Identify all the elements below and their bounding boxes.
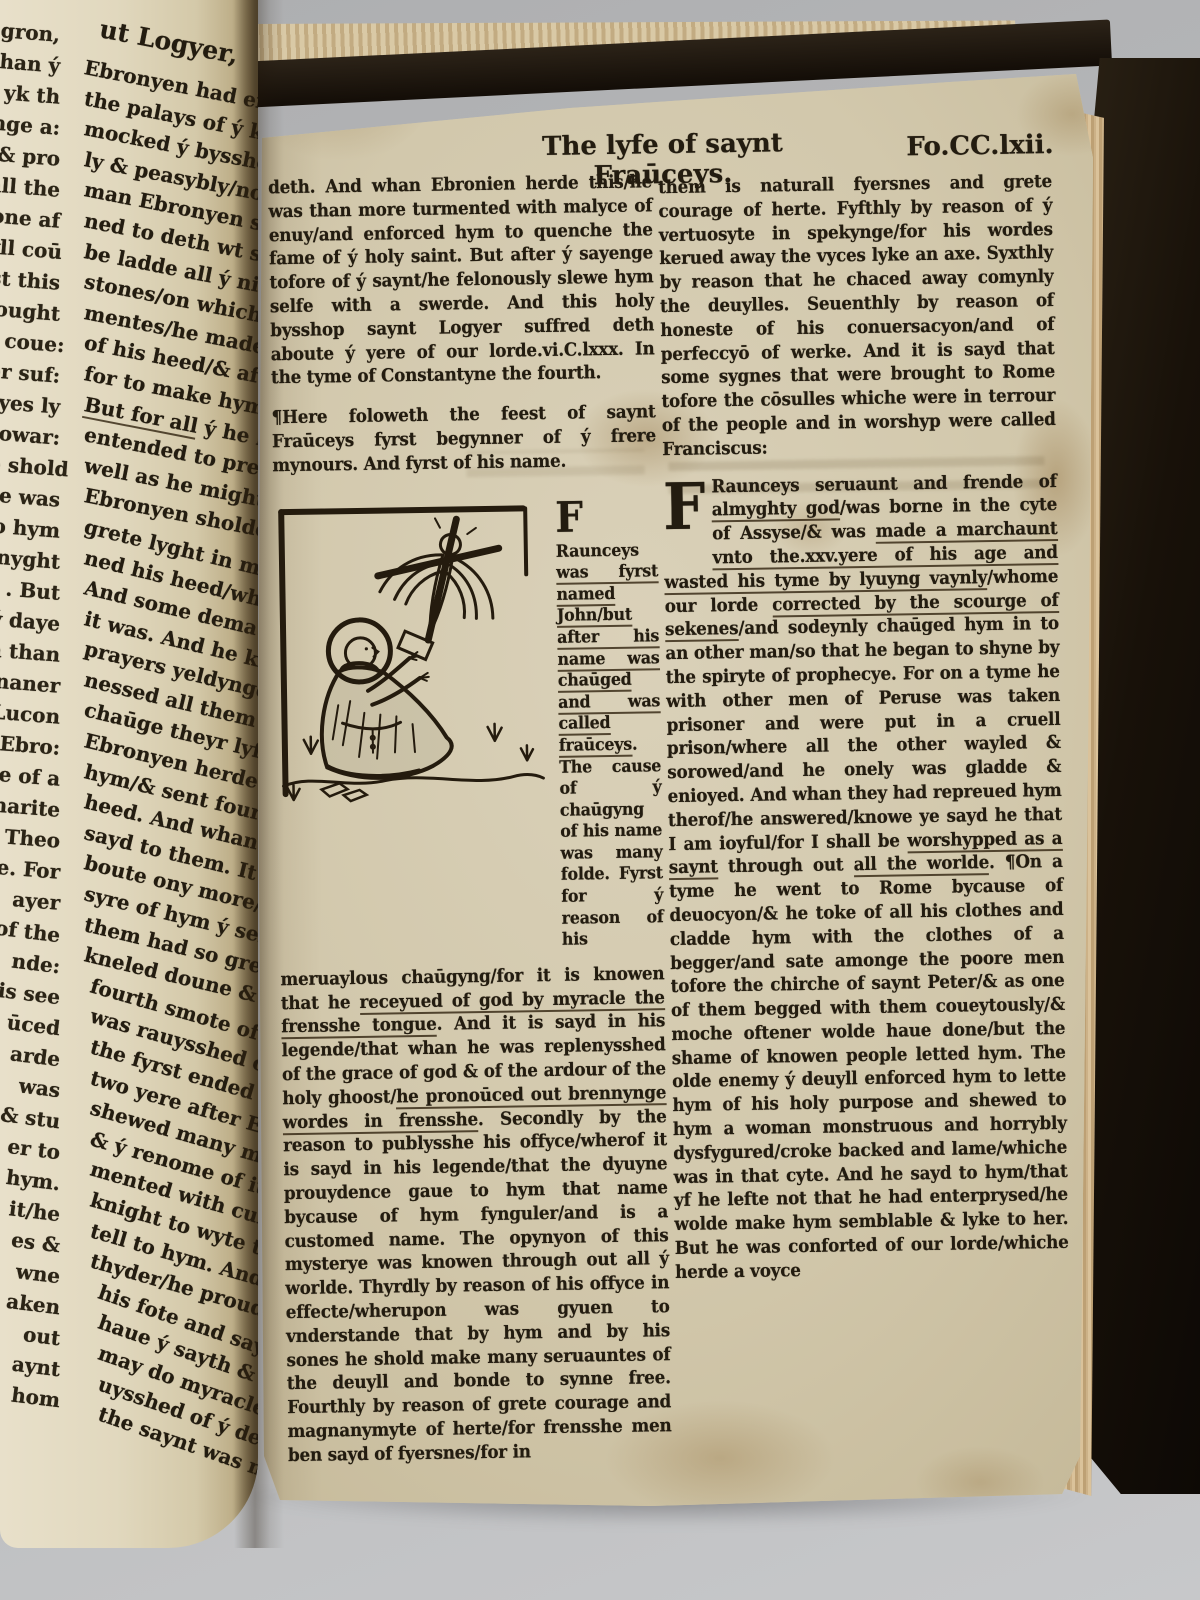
verso-edge-line: yk th [0,79,61,116]
figure-row: FRaunceys was fyrst named John/but after… [273,496,664,956]
narrow-column-beside-woodcut: FRaunceys was fyrst named John/but after… [555,496,664,952]
left-text-column: deth. And whan Ebronien herde this/he wa… [268,170,672,1481]
verso-edge-line: all the [0,172,61,209]
verso-edge-line: ought [0,296,61,333]
photo-background: gron,han ýyk thnge a:& proall theone afy… [0,0,1200,1600]
verso-line-list: Ebronyen had eryedthe palays of ý kyngmo… [84,55,258,1432]
paragraph-life-of-francis: FRaunceys seruaunt and frende of almyght… [663,470,1070,1285]
folio-number: Fo.CC.lxii. [855,130,1053,163]
drop-cap-f: F [663,479,706,550]
paragraph-name-beside-woodcut: FRaunceys was fyrst named John/but after… [555,496,664,952]
verso-edge-line: . But [0,575,61,612]
life-text: Raunceys seruaunt and frende of almyghty… [664,471,1069,1283]
paragraph-logyer-end: deth. And whan Ebronien herde this/he wa… [268,170,655,390]
verso-edge-line: nge a: [0,110,61,147]
verso-edge-line: Ebro: [0,730,61,767]
left-page-curled: gron,han ýyk thnge a:& proall theone afy… [0,0,258,1548]
page-content: The lyfe of saynt Fraūceys. Fo.CC.lxii. … [248,51,1123,1520]
verso-edge-line: yll coū [0,234,61,271]
verso-edge-line: harite [0,792,61,829]
verso-edge-line: Theo [0,823,61,860]
verso-edge-line: naner [0,668,61,705]
paragraph-seven-reasons: them is naturall fyersnes and grete cour… [658,170,1056,462]
paragraph-name-continuation: meruaylous chaūgyng/for it is knowen tha… [280,962,672,1468]
verso-main-fragment-column: ut Logyer, Ebronyen had eryedthe palays … [84,14,258,1432]
verso-edge-line: o hym [0,513,61,550]
right-page: The lyfe of saynt Fraūceys. Fo.CC.lxii. … [250,58,1102,1514]
verso-edge-line: t coue: [0,327,61,364]
rubric-incipit: ¶Here foloweth the feest of saynt Fraūce… [272,400,657,477]
st-francis-seraph-woodcut [273,498,550,806]
verso-edge-line: e. For [0,854,61,891]
verso-edge-line: er suf: [0,358,61,395]
verso-edge-line: gron, [0,17,61,54]
verso-edge-line: han ý [0,48,61,85]
verso-edge-line: st this [0,265,61,302]
verso-edge-line: e was [0,482,61,519]
drop-cap-f: F [555,498,583,541]
verso-edge-line: one af [0,203,61,240]
right-text-column: them is naturall fyersnes and grete cour… [658,170,1070,1299]
verso-edge-line: owar: [0,420,61,457]
verso-edge-line: te of a [0,761,61,798]
verso-edge-line: e shold [0,451,61,488]
verso-edge-line: ý daye [0,606,61,643]
verso-edge-line: yes ly [0,389,61,426]
beside-woodcut-text: Raunceys was fyrst named John/but after … [556,540,664,950]
verso-edge-line: nyght [0,544,61,581]
verso-edge-line: a than [0,637,61,674]
verso-edge-line: Lucon [0,699,61,736]
verso-edge-line: & pro [0,141,61,178]
verso-edge-fragment-column: gron,han ýyk thnge a:& proall theone afy… [0,20,60,1415]
